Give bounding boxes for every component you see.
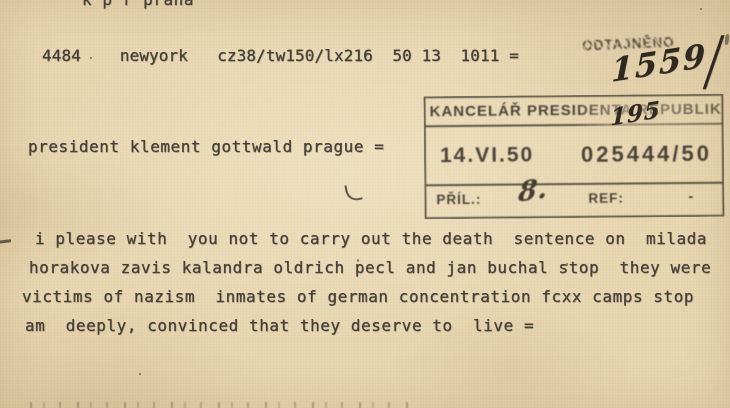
handwritten-tick-mark bbox=[344, 183, 362, 203]
paper-speck bbox=[139, 373, 141, 375]
telegram-body: i please with you not to carry out the d… bbox=[22, 224, 711, 340]
body-line: victims of nazism inmates of german conc… bbox=[22, 282, 711, 311]
stamp-attachments-label: PŘÍL.: bbox=[436, 192, 481, 207]
stamp-file-number: 025444/50 bbox=[581, 140, 712, 167]
body-line: am deeply, convinced that they deserve t… bbox=[22, 311, 711, 340]
paper-speck bbox=[566, 263, 568, 266]
stamp-title: KANCELÁŘ PRESIDENTA REPUBLIKY bbox=[425, 96, 721, 128]
stamp-middle-row: 14.VI.50 025444/50 bbox=[426, 125, 723, 187]
margin-dash-mark bbox=[0, 239, 11, 243]
paper-speck bbox=[357, 259, 359, 262]
stamp-date: 14.VI.50 bbox=[440, 143, 534, 168]
stamp-ref-label: REF: bbox=[588, 191, 624, 206]
body-line: horakova zavis kalandra oldrich pecl and… bbox=[22, 253, 711, 282]
paper-speck bbox=[90, 57, 92, 59]
receipt-stamp-box: KANCELÁŘ PRESIDENTA REPUBLIKY 14.VI.50 0… bbox=[423, 94, 724, 220]
paper-speck bbox=[700, 8, 702, 10]
stamp-ref-value: - bbox=[688, 188, 694, 205]
top-partial-line: k p r praha bbox=[82, 0, 194, 9]
routing-line: 4484 newyork cz38/tw150/lx216 50 13 1011… bbox=[42, 46, 519, 65]
telegram-scan: k p r praha 4484 newyork cz38/tw150/lx21… bbox=[0, 0, 730, 408]
clipped-bottom-text-line bbox=[30, 402, 412, 408]
stamp-bottom-row: PŘÍL.: 8. REF: - bbox=[426, 184, 722, 214]
handwritten-attachment-mark: 8. bbox=[517, 173, 550, 209]
body-line: i please with you not to carry out the d… bbox=[22, 224, 711, 253]
address-line: president klement gottwald prague = bbox=[28, 137, 384, 156]
